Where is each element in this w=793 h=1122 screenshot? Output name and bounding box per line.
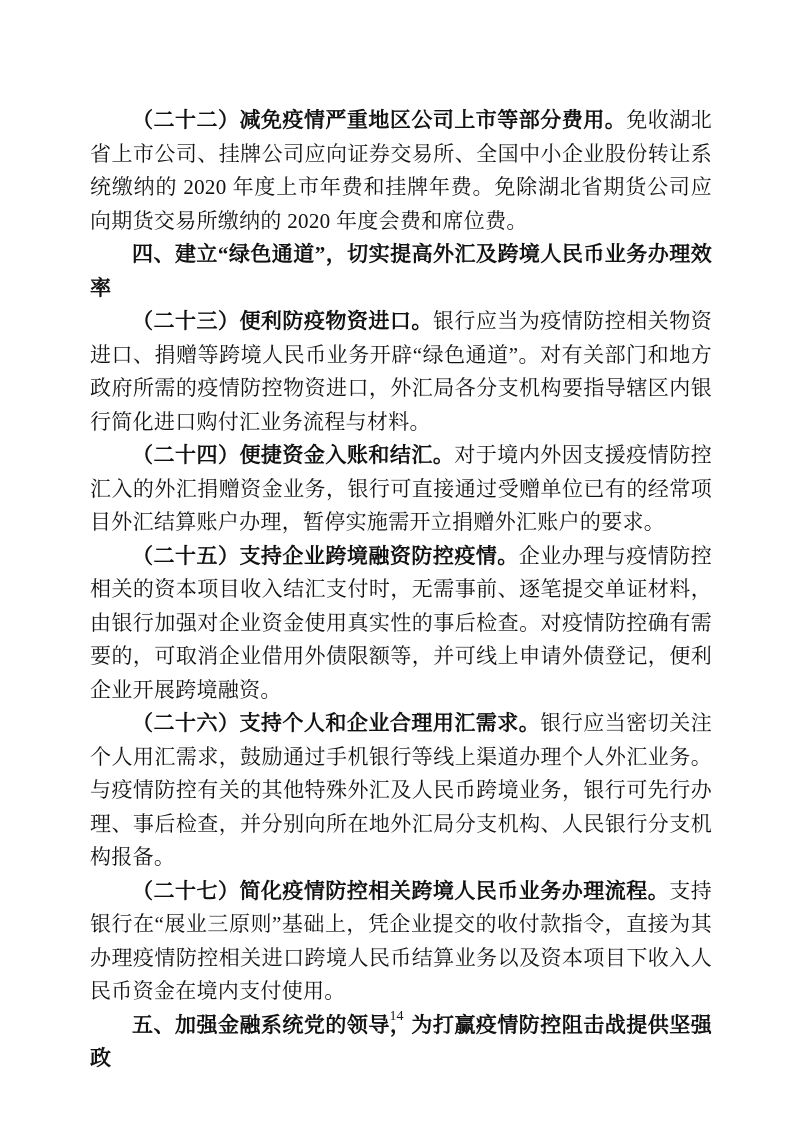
paragraph-22: （二十二）减免疫情严重地区公司上市等部分费用。免收湖北省上市公司、挂牌公司应向证… <box>90 104 712 238</box>
paragraph-27-lead: （二十七）简化疫情防控相关跨境人民币业务办理流程。 <box>132 879 669 903</box>
page-number: 14 <box>0 1008 793 1026</box>
section-heading-4: 四、建立“绿色通道”，切实提高外汇及跨境人民币业务办理效率 <box>90 238 712 305</box>
paragraph-22-lead: （二十二）减免疫情严重地区公司上市等部分费用。 <box>132 108 626 132</box>
paragraph-24: （二十四）便捷资金入账和结汇。对于境内外因支援疫情防控汇入的外汇捐赠资金业务，银… <box>90 439 712 540</box>
paragraph-25-lead: （二十五）支持企业跨境融资防控疫情。 <box>132 544 519 568</box>
paragraph-25: （二十五）支持企业跨境融资防控疫情。企业办理与疫情防控相关的资本项目收入结汇支付… <box>90 540 712 708</box>
document-body: （二十二）减免疫情严重地区公司上市等部分费用。免收湖北省上市公司、挂牌公司应向证… <box>90 104 712 1076</box>
document-page: （二十二）减免疫情严重地区公司上市等部分费用。免收湖北省上市公司、挂牌公司应向证… <box>0 0 793 1122</box>
paragraph-27: （二十七）简化疫情防控相关跨境人民币业务办理流程。支持银行在“展业三原则”基础上… <box>90 875 712 1009</box>
paragraph-26-lead: （二十六）支持个人和企业合理用汇需求。 <box>132 711 540 735</box>
paragraph-23-lead: （二十三）便利防疫物资进口。 <box>132 309 433 333</box>
paragraph-23: （二十三）便利防疫物资进口。银行应当为疫情防控相关物资进口、捐赠等跨境人民币业务… <box>90 305 712 439</box>
paragraph-24-lead: （二十四）便捷资金入账和结汇。 <box>132 443 454 467</box>
paragraph-26: （二十六）支持个人和企业合理用汇需求。银行应当密切关注个人用汇需求，鼓励通过手机… <box>90 707 712 875</box>
